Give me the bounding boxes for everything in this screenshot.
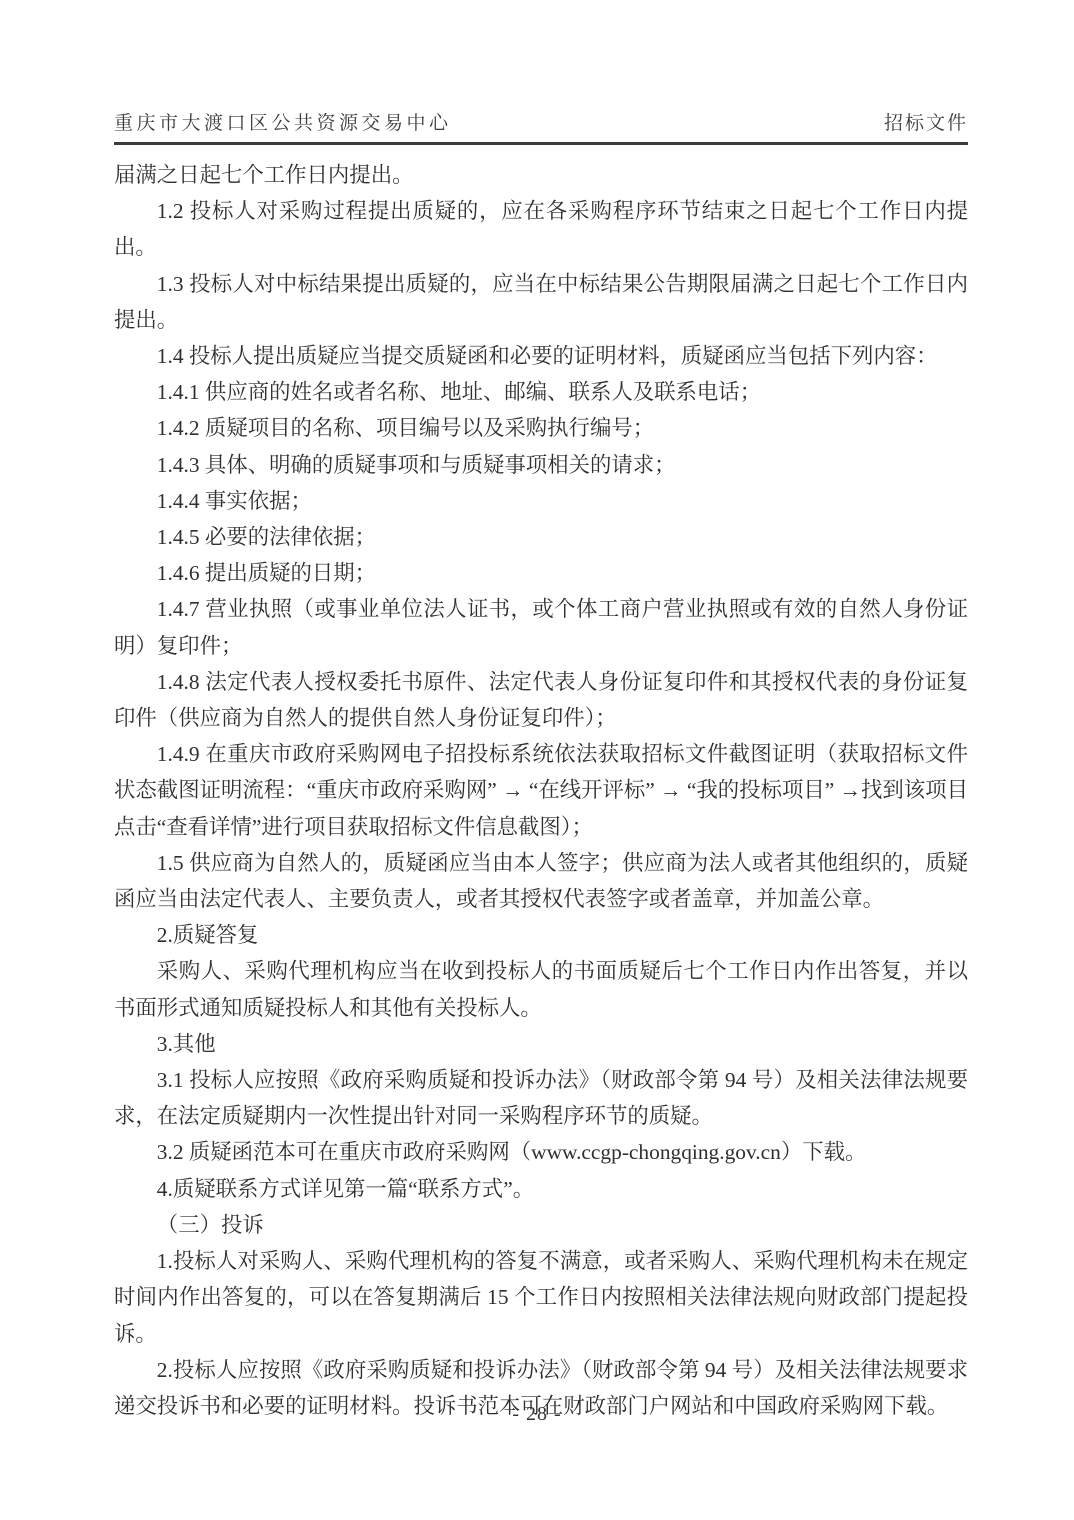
paragraph: 1.4.7 营业执照（或事业单位法人证书，或个体工商户营业执照或有效的自然人身份… [114, 591, 968, 663]
paragraph: 1.4.8 法定代表人授权委托书原件、法定代表人身份证复印件和其授权代表的身份证… [114, 664, 968, 736]
paragraph: 1.4.9 在重庆市政府采购网电子招投标系统依法获取招标文件截图证明（获取招标文… [114, 736, 968, 845]
header-doc-type: 招标文件 [884, 108, 968, 135]
header-organization: 重庆市大渡口区公共资源交易中心 [114, 108, 452, 135]
paragraph: 采购人、采购代理机构应当在收到投标人的书面质疑后七个工作日内作出答复，并以书面形… [114, 953, 968, 1025]
paragraph: 1.投标人对采购人、采购代理机构的答复不满意，或者采购人、采购代理机构未在规定时… [114, 1243, 968, 1352]
paragraph: 1.5 供应商为自然人的，质疑函应当由本人签字；供应商为法人或者其他组织的，质疑… [114, 845, 968, 917]
page-footer: - 28 - [0, 1403, 1074, 1426]
paragraph: 4.质疑联系方式详见第一篇“联系方式”。 [114, 1171, 968, 1207]
paragraph: 届满之日起七个工作日内提出。 [114, 157, 968, 193]
paragraph: 1.4.6 提出质疑的日期； [114, 555, 968, 591]
paragraph: 2.质疑答复 [114, 917, 968, 953]
paragraph: 3.1 投标人应按照《政府采购质疑和投诉办法》（财政部令第 94 号）及相关法律… [114, 1062, 968, 1134]
page-header: 重庆市大渡口区公共资源交易中心 招标文件 [114, 108, 968, 145]
page-number: - 28 - [512, 1403, 561, 1425]
paragraph: 1.4.2 质疑项目的名称、项目编号以及采购执行编号； [114, 410, 968, 446]
paragraph: 1.3 投标人对中标结果提出质疑的，应当在中标结果公告期限届满之日起七个工作日内… [114, 266, 968, 338]
paragraph: 1.4.5 必要的法律依据； [114, 519, 968, 555]
document-body: 届满之日起七个工作日内提出。1.2 投标人对采购过程提出质疑的，应在各采购程序环… [114, 157, 968, 1424]
section-heading: （三）投诉 [114, 1207, 968, 1243]
paragraph: 3.2 质疑函范本可在重庆市政府采购网（www.ccgp-chongqing.g… [114, 1134, 968, 1170]
paragraph: 3.其他 [114, 1026, 968, 1062]
paragraph: 1.4 投标人提出质疑应当提交质疑函和必要的证明材料，质疑函应当包括下列内容： [114, 338, 968, 374]
paragraph: 1.4.4 事实依据； [114, 483, 968, 519]
paragraph: 1.4.3 具体、明确的质疑事项和与质疑事项相关的请求； [114, 447, 968, 483]
paragraph: 1.4.1 供应商的姓名或者名称、地址、邮编、联系人及联系电话； [114, 374, 968, 410]
document-page: 重庆市大渡口区公共资源交易中心 招标文件 届满之日起七个工作日内提出。1.2 投… [0, 0, 1074, 1520]
paragraph: 1.2 投标人对采购过程提出质疑的，应在各采购程序环节结束之日起七个工作日内提出… [114, 193, 968, 265]
